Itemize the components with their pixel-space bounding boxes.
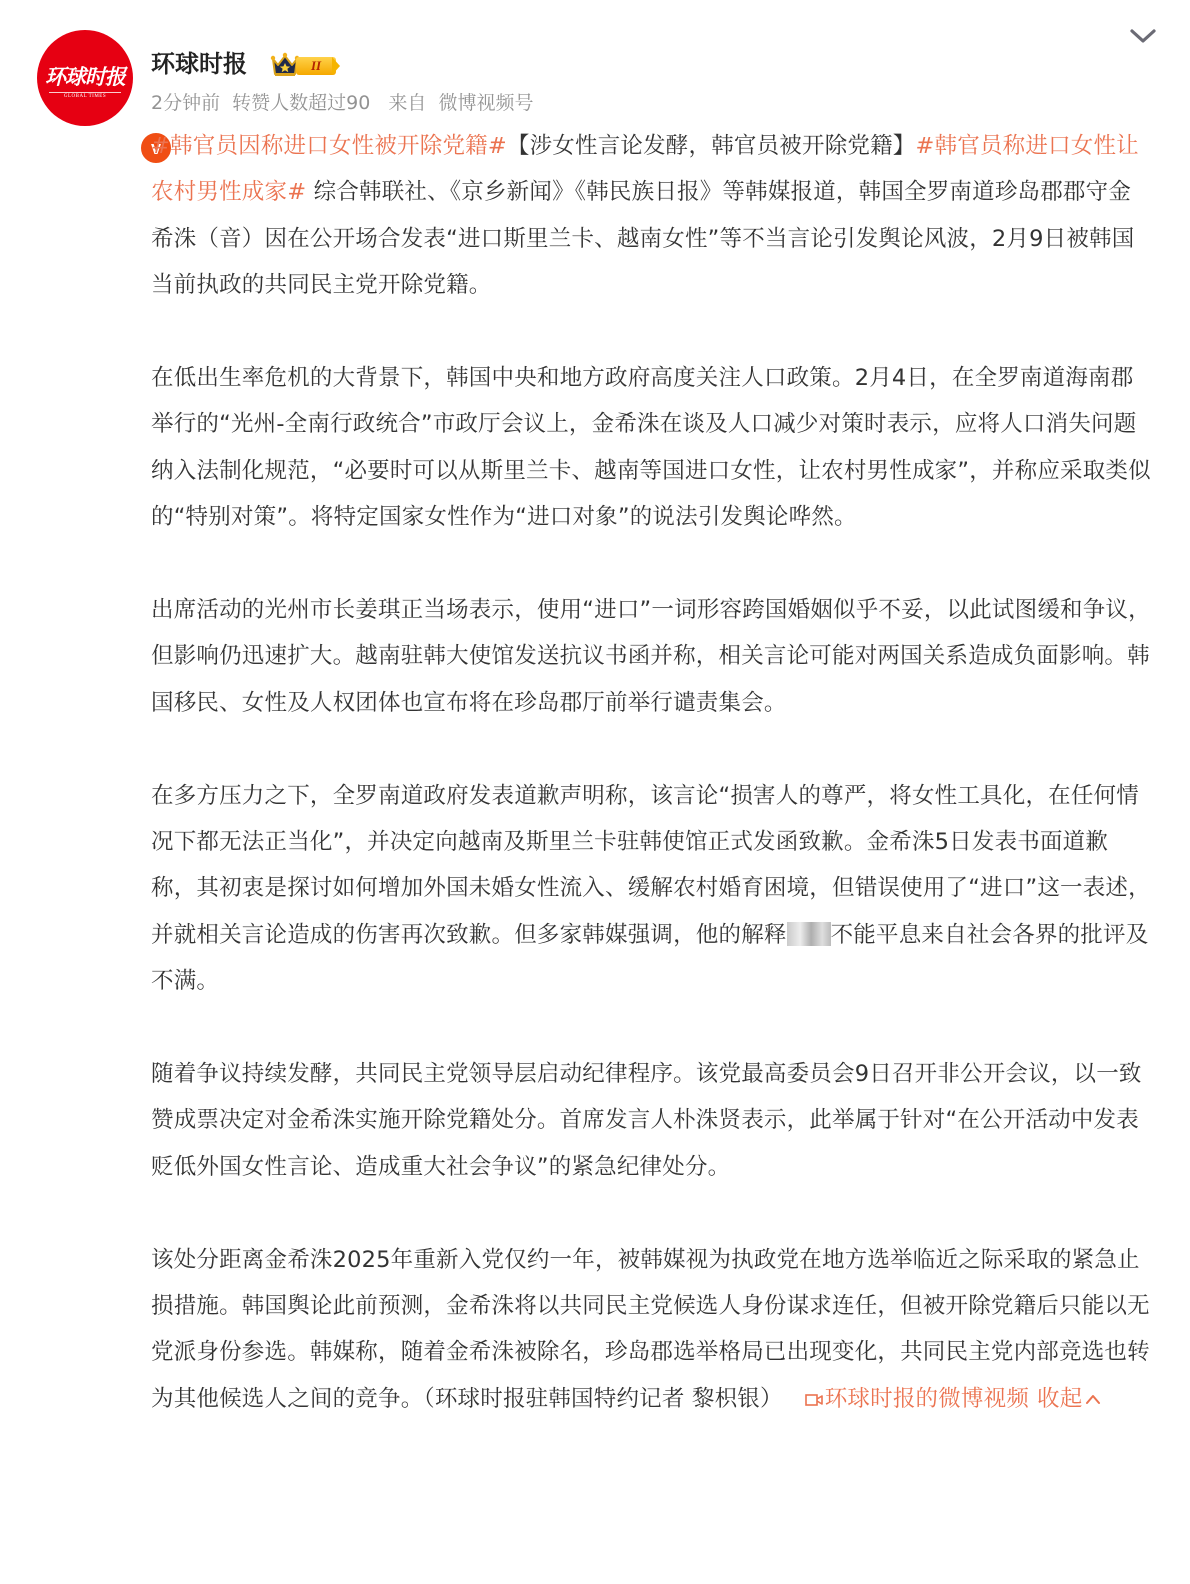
source-link[interactable]: 微博视频号: [438, 92, 533, 114]
paragraph-5: 随着争议持续发酵，共同民主党领导层启动纪律程序。该党最高委员会9日召开非公开会议…: [151, 1051, 1151, 1190]
badge-arrow-icon: [332, 57, 340, 75]
paragraph-6: 该处分距离金希洙2025年重新入党仅约一年，被韩媒视为执政党在地方选举临近之际采…: [151, 1237, 1151, 1423]
avatar[interactable]: 环球时报 GLOBAL TIMES v: [37, 30, 133, 126]
member-badge[interactable]: II: [270, 52, 342, 78]
avatar-logo-subtext: GLOBAL TIMES: [49, 92, 121, 99]
post-content: #韩官员因称进口女性被开除党籍#【涉女性言论发酵，韩官员被开除党籍】#韩官员称进…: [151, 123, 1151, 1422]
video-camera-icon: [805, 1393, 823, 1407]
chevron-down-icon[interactable]: [1128, 22, 1158, 48]
post-header: 环球时报 GLOBAL TIMES v 环球时报 II 2分钟前 转赞人数超过9…: [0, 0, 1190, 130]
reposts-likes-count: 转赞人数超过90: [232, 92, 370, 114]
redacted-glyphs: [787, 922, 831, 946]
headline-text: 【涉女性言论发酵，韩官员被开除党籍】: [507, 133, 916, 159]
paragraph-3: 出席活动的光州市长姜琪正当场表示，使用“进口”一词形容跨国婚姻似乎不妥，以此试图…: [151, 587, 1151, 726]
collapse-label: 收起: [1037, 1386, 1082, 1412]
post-time[interactable]: 2分钟前: [151, 92, 220, 114]
paragraph-2: 在低出生率危机的大背景下，韩国中央和地方政府高度关注人口政策。2月4日，在全罗南…: [151, 355, 1151, 541]
avatar-logo-text: 环球时报: [37, 61, 133, 91]
user-name[interactable]: 环球时报: [151, 46, 247, 82]
paragraph-4: 在多方压力之下，全罗南道政府发表道歉声明称，该言论“损害人的尊严，将女性工具化，…: [151, 773, 1151, 1005]
post-meta: 2分钟前 转赞人数超过90 来自 微博视频号: [151, 88, 539, 118]
weibo-video-link[interactable]: 环球时报的微博视频: [805, 1386, 1029, 1412]
collapse-text-button[interactable]: 收起: [1037, 1386, 1101, 1412]
video-link-label: 环球时报的微博视频: [825, 1386, 1029, 1412]
hashtag-link[interactable]: #韩官员因称进口女性被开除党籍#: [151, 133, 507, 159]
chevron-up-icon: [1085, 1393, 1101, 1405]
source-prefix: 来自: [388, 92, 426, 114]
badge-level: II: [296, 57, 336, 75]
paragraph-1: #韩官员因称进口女性被开除党籍#【涉女性言论发酵，韩官员被开除党籍】#韩官员称进…: [151, 123, 1151, 309]
